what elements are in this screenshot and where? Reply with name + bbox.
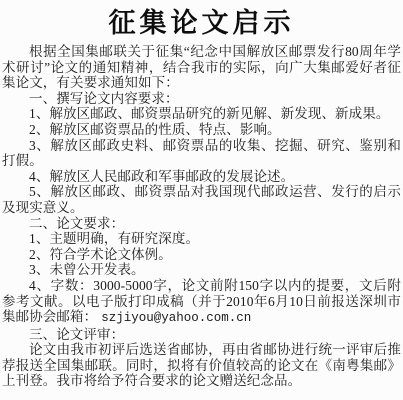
section-2-item-2: 2、符合学术论文体例。 [2,247,401,263]
notice-body: 根据全国集邮联关于征集“纪念中国解放区邮票发行80周年学术研讨”论文的通知精神，… [2,44,401,389]
notice-page: 征集论文启示 根据全国集邮联关于征集“纪念中国解放区邮票发行80周年学术研讨”论… [0,0,403,400]
section-2-item-3: 3、未曾公开发表。 [2,262,401,278]
section-3-paragraph: 论文由我市初评后选送省邮协，再由省邮协进行统一评审后推荐报送全国集邮联。同时，拟… [2,342,401,389]
section-1-item-2: 2、解放区邮资票品的性质、特点、影响。 [2,122,401,138]
section-1-item-4: 4、解放区人民邮政和军事邮政的发展论述。 [2,169,401,185]
section-2-item-1: 1、主题明确，有研究深度。 [2,231,401,247]
section-2-heading: 二、论文要求： [2,216,401,232]
notice-title: 征集论文启示 [2,7,401,39]
email-address: szjiyou@yahoo.com.cn [101,311,251,325]
section-1-item-5: 5、解放区邮政、邮资票品对我国现代邮政运营、发行的启示及现实意义。 [2,184,401,215]
section-1-item-1: 1、解放区邮政、邮资票品研究的新见解、新发现、新成果。 [2,106,401,122]
intro-paragraph: 根据全国集邮联关于征集“纪念中国解放区邮票发行80周年学术研讨”论文的通知精神，… [2,44,401,91]
section-2-item-4: 4、字数：3000-5000字，论文前附150字以内的提要，文后附参考文献。以电… [2,278,401,327]
section-1-item-3: 3、解放区邮政史料、邮资票品的收集、挖掘、研究、鉴别和打假。 [2,138,401,169]
section-3-heading: 三、论文评审： [2,327,401,343]
section-1-heading: 一、撰写论文内容要求： [2,91,401,107]
